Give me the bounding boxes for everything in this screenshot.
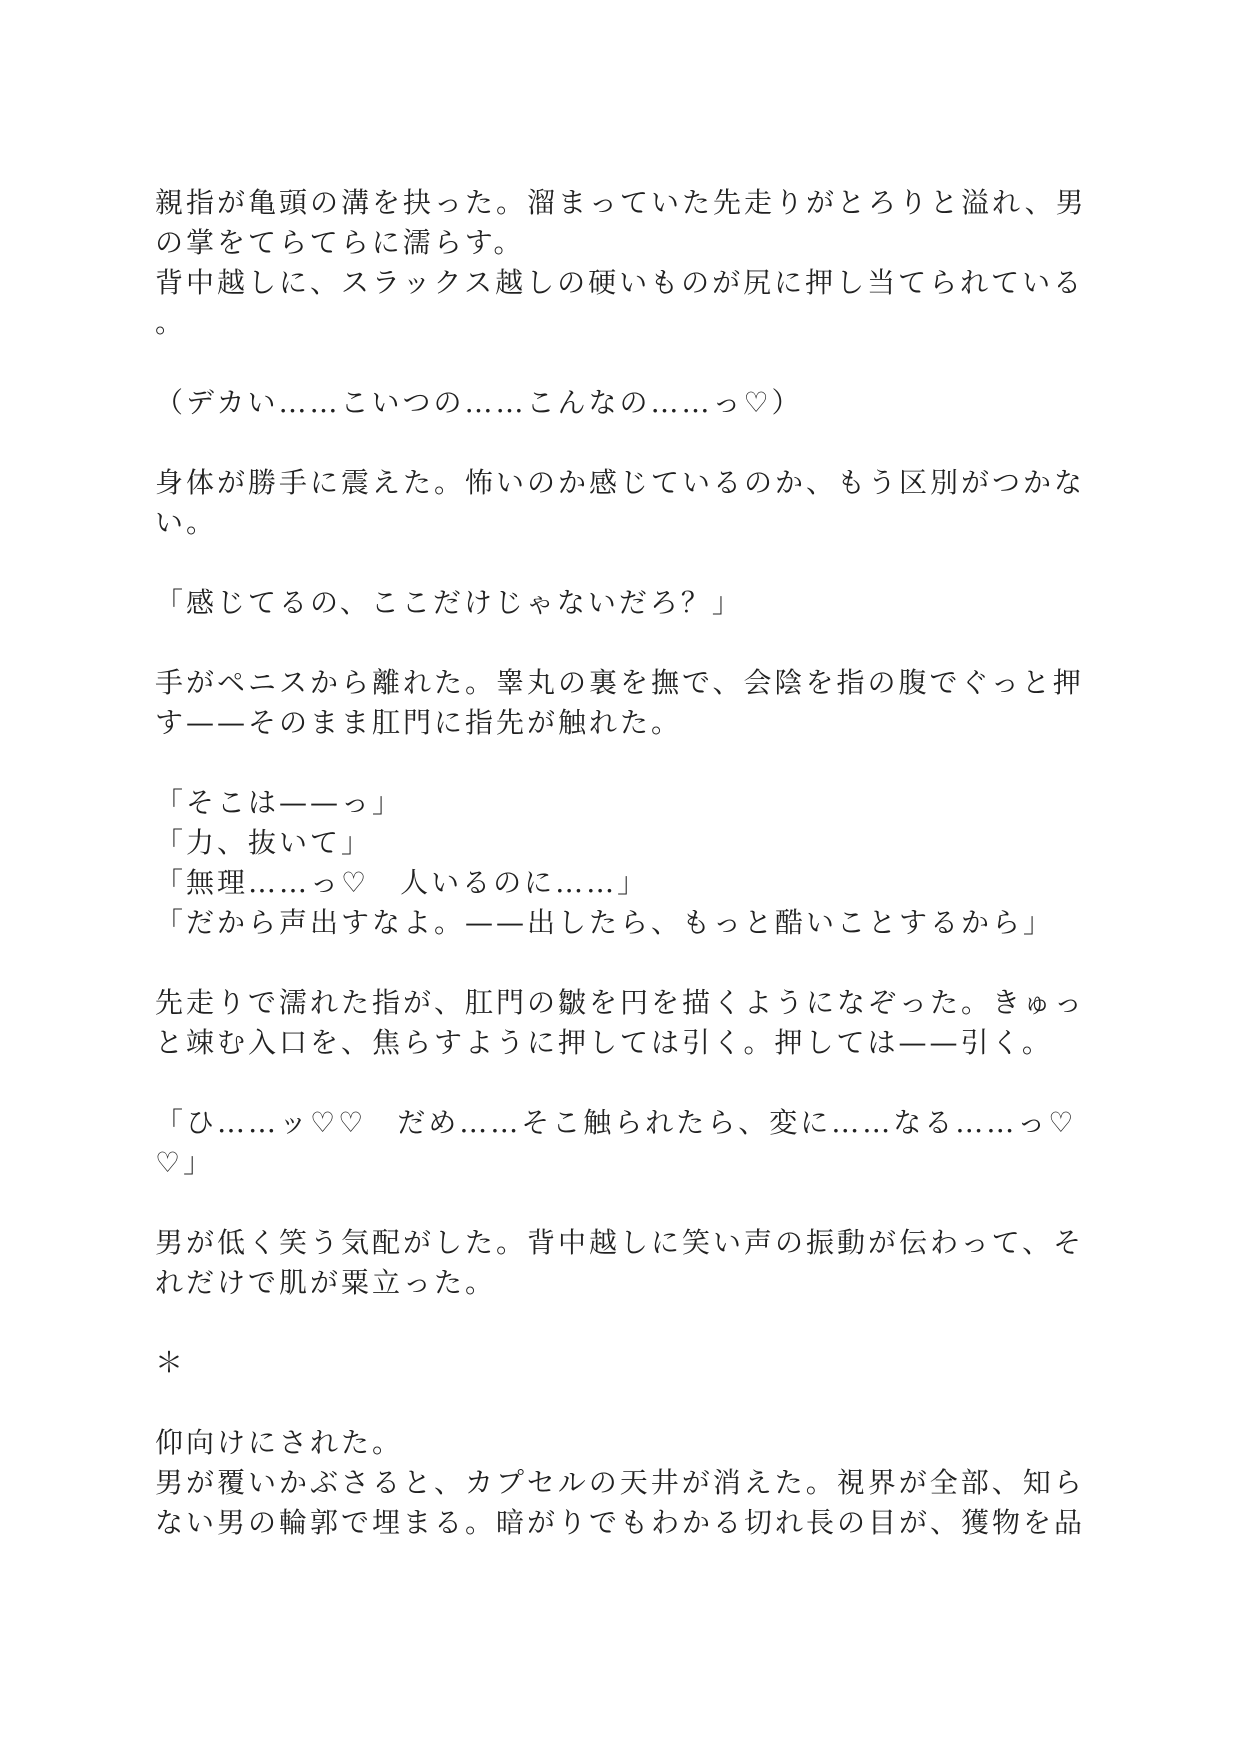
text-line: れだけで肌が粟立った。 [155, 1263, 1120, 1303]
text-line [155, 1303, 1120, 1343]
text-line [155, 943, 1120, 983]
text-line [155, 1063, 1120, 1103]
text-line: ＊ [155, 1343, 1120, 1383]
text-line: 手がペニスから離れた。睾丸の裏を撫で、会陰を指の腹でぐっと押 [155, 663, 1120, 703]
text-line: 。 [155, 303, 1120, 343]
text-line [155, 543, 1120, 583]
text-line: 「力、抜いて」 [155, 823, 1120, 863]
text-line: 「ひ……ッ♡♡ だめ……そこ触られたら、変に……なる……っ♡ [155, 1103, 1120, 1143]
text-line: 「感じてるの、ここだけじゃないだろ？」 [155, 583, 1120, 623]
document-page: 親指が亀頭の溝を抉った。溜まっていた先走りがとろりと溢れ、男の掌をてらてらに濡ら… [0, 0, 1241, 1754]
text-line: 「無理……っ♡ 人いるのに……」 [155, 863, 1120, 903]
text-line: 親指が亀頭の溝を抉った。溜まっていた先走りがとろりと溢れ、男 [155, 183, 1120, 223]
text-line: 仰向けにされた。 [155, 1423, 1120, 1463]
text-line [155, 423, 1120, 463]
text-line [155, 623, 1120, 663]
text-line: 「そこは——っ」 [155, 783, 1120, 823]
text-line: 先走りで濡れた指が、肛門の皺を円を描くようになぞった。きゅっ [155, 983, 1120, 1023]
text-line: 「だから声出すなよ。——出したら、もっと酷いことするから」 [155, 903, 1120, 943]
text-line: （デカい……こいつの……こんなの……っ♡） [155, 383, 1120, 423]
document-text: 親指が亀頭の溝を抉った。溜まっていた先走りがとろりと溢れ、男の掌をてらてらに濡ら… [155, 183, 1120, 1543]
text-line: ♡」 [155, 1143, 1120, 1183]
text-line: ない男の輪郭で埋まる。暗がりでもわかる切れ長の目が、獲物を品 [155, 1503, 1120, 1543]
text-line [155, 1183, 1120, 1223]
text-line: 男が覆いかぶさると、カプセルの天井が消えた。視界が全部、知ら [155, 1463, 1120, 1503]
text-line: す——そのまま肛門に指先が触れた。 [155, 703, 1120, 743]
text-line [155, 1383, 1120, 1423]
text-line: 身体が勝手に震えた。怖いのか感じているのか、もう区別がつかな [155, 463, 1120, 503]
text-line: 男が低く笑う気配がした。背中越しに笑い声の振動が伝わって、そ [155, 1223, 1120, 1263]
text-line [155, 343, 1120, 383]
text-line: の掌をてらてらに濡らす。 [155, 223, 1120, 263]
text-line: と竦む入口を、焦らすように押しては引く。押しては——引く。 [155, 1023, 1120, 1063]
text-line: 背中越しに、スラックス越しの硬いものが尻に押し当てられている [155, 263, 1120, 303]
text-line [155, 743, 1120, 783]
text-line: い。 [155, 503, 1120, 543]
